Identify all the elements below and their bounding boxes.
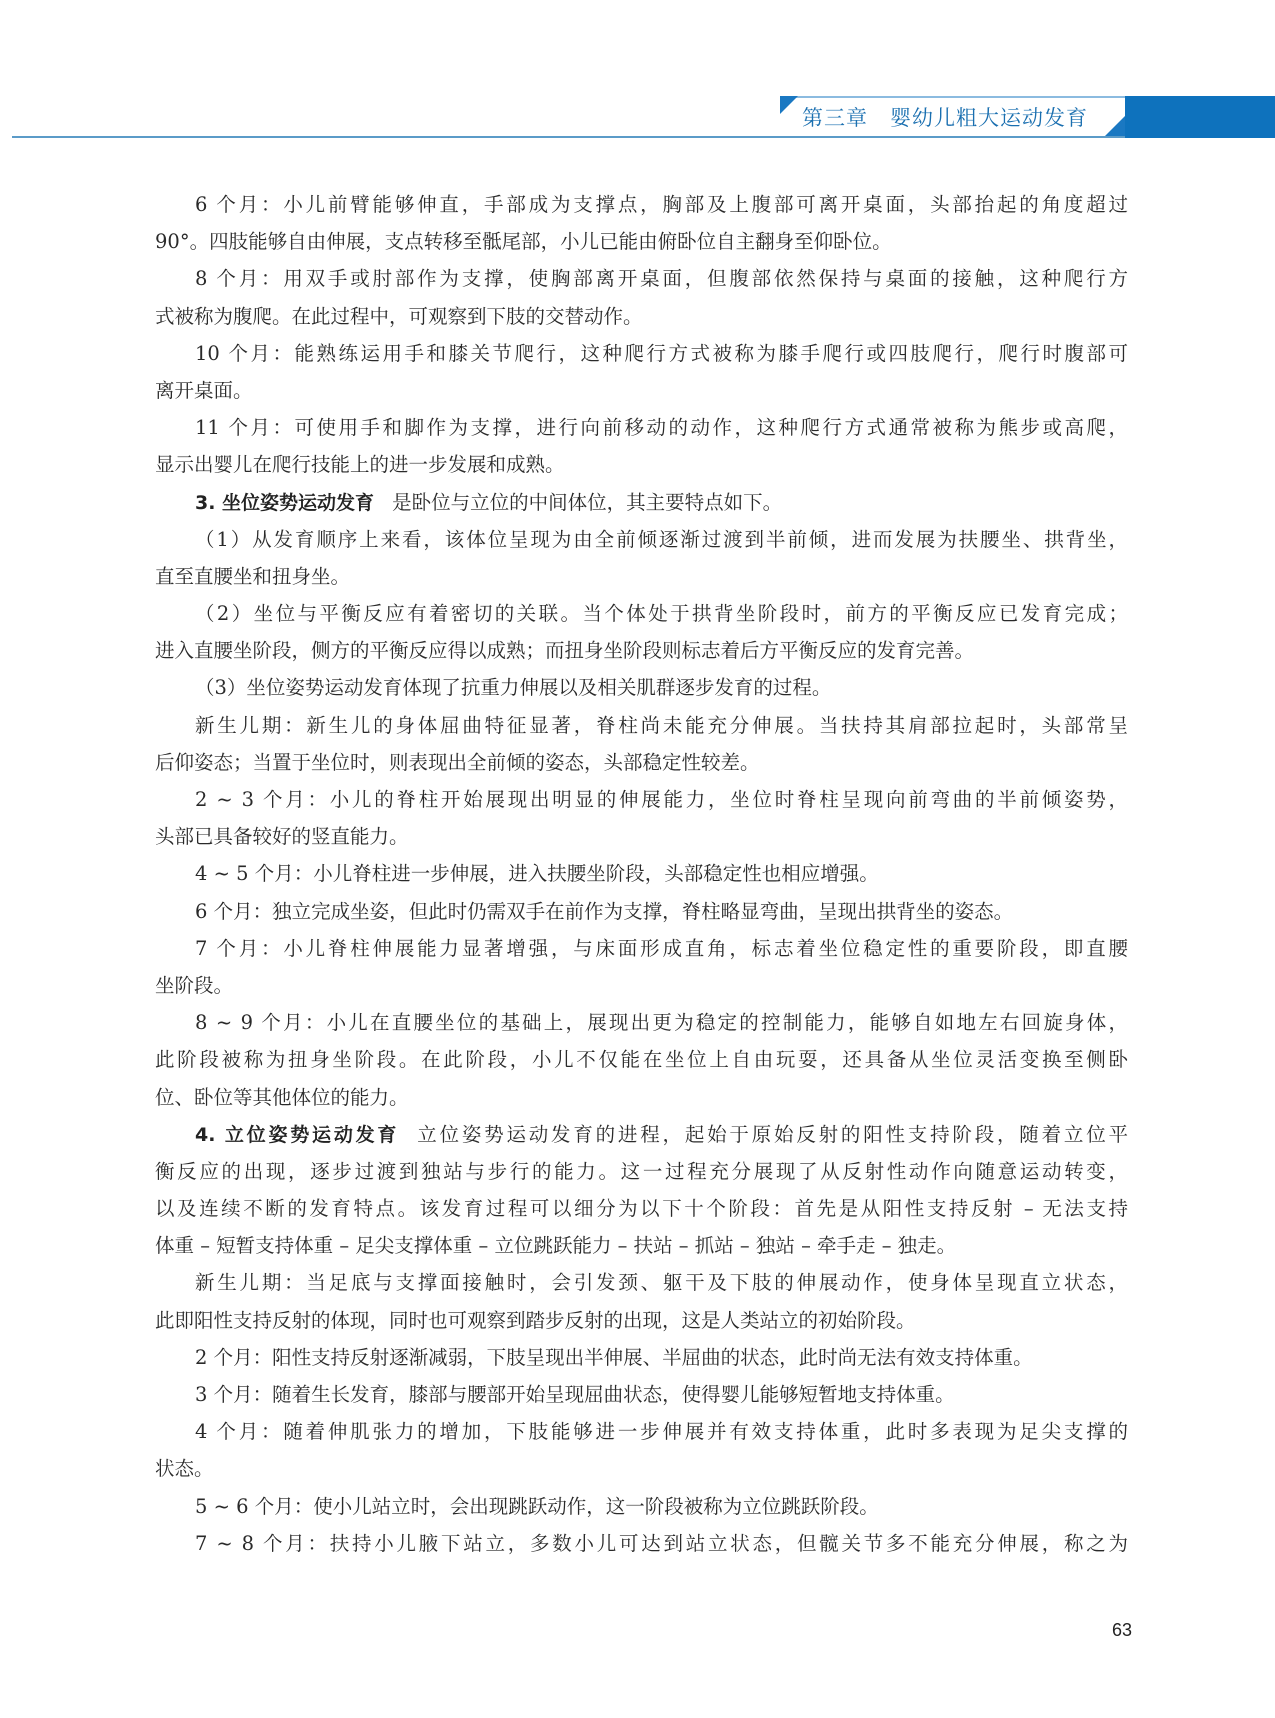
chapter-title: 第三章婴幼儿粗大运动发育 [802, 101, 1088, 135]
text-line: 后仰姿态；当置于坐位时，则表现出全前倾的姿态，头部稳定性较差。 [155, 744, 1128, 781]
text-line: 位、卧位等其他体位的能力。 [155, 1079, 1128, 1116]
text-line: 进入直腰坐阶段，侧方的平衡反应得以成熟；而扭身坐阶段则标志着后方平衡反应的发育完… [155, 632, 1128, 669]
text-line: 90°。四肢能够自由伸展，支点转移至骶尾部，小儿已能由俯卧位自主翻身至仰卧位。 [155, 223, 1128, 260]
text-line: 3 个月：随着生长发育，膝部与腰部开始呈现屈曲状态，使得婴儿能够短暂地支持体重。 [155, 1376, 1128, 1413]
text-line: 直至直腰坐和扭身坐。 [155, 558, 1128, 595]
text-line: 7 个月：小儿脊柱伸展能力显著增强，与床面形成直角，标志着坐位稳定性的重要阶段，… [155, 930, 1128, 967]
text-line: 6 个月：小儿前臂能够伸直，手部成为支撑点，胸部及上腹部可离开桌面，头部抬起的角… [155, 186, 1128, 223]
text-line: 以及连续不断的发育特点。该发育过程可以细分为以下十个阶段：首先是从阳性支持反射 … [155, 1190, 1128, 1227]
text-line: 10 个月：能熟练运用手和膝关节爬行，这种爬行方式被称为膝手爬行或四肢爬行，爬行… [155, 335, 1128, 372]
text-line: 此阶段被称为扭身坐阶段。在此阶段，小儿不仅能在坐位上自由玩耍，还具备从坐位灵活变… [155, 1041, 1128, 1078]
text-line: 2 ~ 3 个月：小儿的脊柱开始展现出明显的伸展能力，坐位时脊柱呈现向前弯曲的半… [155, 781, 1128, 818]
chapter-number: 第三章 [802, 106, 868, 130]
text-line: 头部已具备较好的竖直能力。 [155, 818, 1128, 855]
text-line: 离开桌面。 [155, 372, 1128, 409]
header-rule [12, 136, 1275, 138]
page-number: 63 [1112, 1620, 1132, 1641]
text-line: 式被称为腹爬。在此过程中，可观察到下肢的交替动作。 [155, 298, 1128, 335]
text-line: 5 ~ 6 个月：使小儿站立时，会出现跳跃动作，这一阶段被称为立位跳跃阶段。 [155, 1488, 1128, 1525]
text-line: 2 个月：阳性支持反射逐渐减弱，下肢呈现出半伸展、半屈曲的状态，此时尚无法有效支… [155, 1339, 1128, 1376]
text-line: 4 ~ 5 个月：小儿脊柱进一步伸展，进入扶腰坐阶段，头部稳定性也相应增强。 [155, 855, 1128, 892]
section-heading-line: 4. 立位姿势运动发育立位姿势运动发育的进程，起始于原始反射的阳性支持阶段，随着… [155, 1116, 1128, 1153]
text-line: 8 个月：用双手或肘部作为支撑，使胸部离开桌面，但腹部依然保持与桌面的接触，这种… [155, 260, 1128, 297]
chapter-name: 婴幼儿粗大运动发育 [890, 106, 1088, 130]
section-heading-line: 3. 坐位姿势运动发育是卧位与立位的中间体位，其主要特点如下。 [155, 484, 1128, 521]
text-line: 此即阳性支持反射的体现，同时也可观察到踏步反射的出现，这是人类站立的初始阶段。 [155, 1302, 1128, 1339]
section-heading: 3. 坐位姿势运动发育 [195, 492, 374, 514]
corner-triangle-decoration [1105, 116, 1125, 136]
text-line: 新生儿期：新生儿的身体屈曲特征显著，脊柱尚未能充分伸展。当扶持其肩部拉起时，头部… [155, 707, 1128, 744]
text-line: （3）坐位姿势运动发育体现了抗重力伸展以及相关肌群逐步发育的过程。 [155, 669, 1128, 706]
text-line: 8 ~ 9 个月：小儿在直腰坐位的基础上，展现出更为稳定的控制能力，能够自如地左… [155, 1004, 1128, 1041]
text-line: 6 个月：独立完成坐姿，但此时仍需双手在前作为支撑，脊柱略显弯曲，呈现出拱背坐的… [155, 893, 1128, 930]
text-line: 显示出婴儿在爬行技能上的进一步发展和成熟。 [155, 446, 1128, 483]
text-line: 新生儿期：当足底与支撑面接触时，会引发颈、躯干及下肢的伸展动作，使身体呈现直立状… [155, 1264, 1128, 1301]
section-heading: 4. 立位姿势运动发育 [195, 1124, 399, 1146]
text-line: （2）坐位与平衡反应有着密切的关联。当个体处于拱背坐阶段时，前方的平衡反应已发育… [155, 595, 1128, 632]
text-line: 4 个月：随着伸肌张力的增加，下肢能够进一步伸展并有效支持体重，此时多表现为足尖… [155, 1413, 1128, 1450]
body-text: 6 个月：小儿前臂能够伸直，手部成为支撑点，胸部及上腹部可离开桌面，头部抬起的角… [155, 186, 1128, 1562]
text-line: 7 ~ 8 个月：扶持小儿腋下站立，多数小儿可达到站立状态，但髋关节多不能充分伸… [155, 1525, 1128, 1562]
text-line: 坐阶段。 [155, 967, 1128, 1004]
text-line: 衡反应的出现，逐步过渡到独站与步行的能力。这一过程充分展现了从反射性动作向随意运… [155, 1153, 1128, 1190]
text-line: （1）从发育顺序上来看，该体位呈现为由全前倾逐渐过渡到半前倾，进而发展为扶腰坐、… [155, 521, 1128, 558]
text-line: 体重 – 短暂支持体重 – 足尖支撑体重 – 立位跳跃能力 – 扶站 – 抓站 … [155, 1227, 1128, 1264]
chapter-header: 第三章婴幼儿粗大运动发育 [780, 96, 1125, 136]
text-line: 11 个月：可使用手和脚作为支撑，进行向前移动的动作，这种爬行方式通常被称为熊步… [155, 409, 1128, 446]
corner-triangle-decoration [780, 96, 798, 114]
text-line: 状态。 [155, 1450, 1128, 1487]
header-color-block [1125, 96, 1275, 138]
